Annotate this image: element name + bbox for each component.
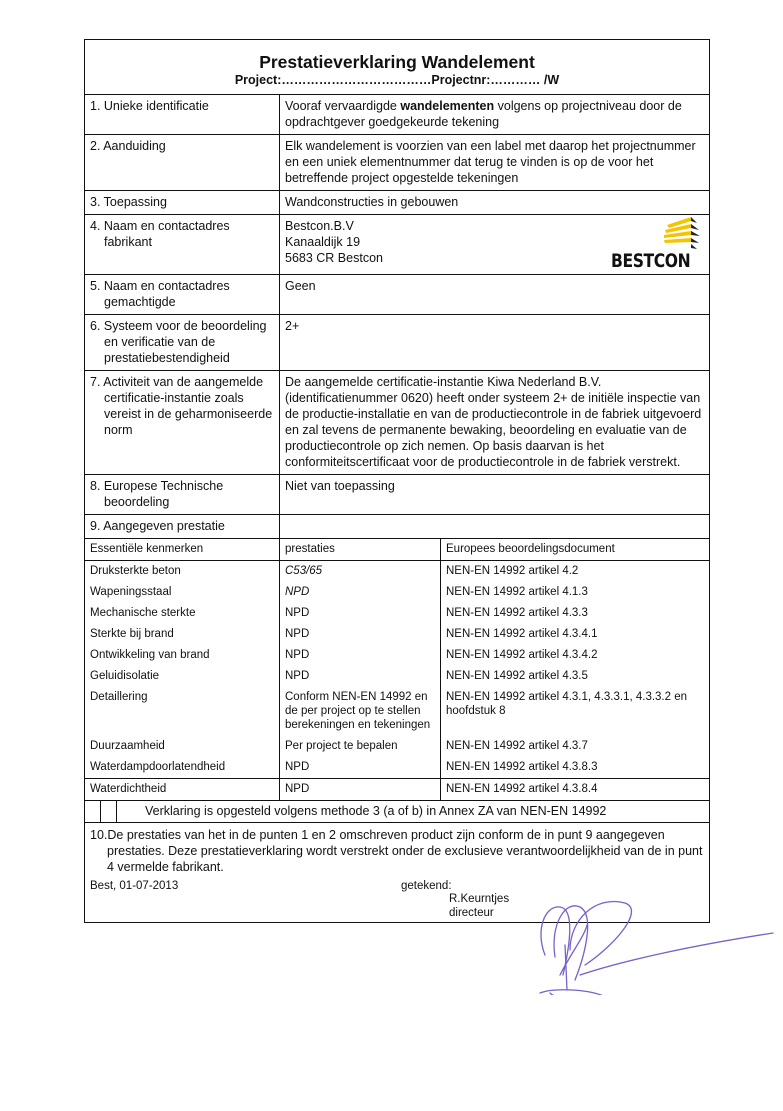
empty-cell [85,801,101,822]
performance-cell: C53/65 [280,561,441,583]
section-value: Elk wandelement is voorzien van een labe… [280,135,710,191]
table-row: Sterkte bij brandNPDNEN-EN 14992 artikel… [85,624,709,645]
document-cell: NEN-EN 14992 artikel 4.2 [441,561,710,583]
table-row: Ontwikkeling van brandNPDNEN-EN 14992 ar… [85,645,709,666]
document-cell: NEN-EN 14992 artikel 4.1.3 [441,582,710,603]
characteristic-cell: Waterdichtheid [85,779,280,801]
section-row: 4. Naam en contactadres fabrikant Bestco… [85,215,709,275]
table-row: WapeningsstaalNPDNEN-EN 14992 artikel 4.… [85,582,709,603]
section-value: Wandconstructies in gebouwen [280,191,710,215]
table-row: WaterdampdoorlatendheidNPDNEN-EN 14992 a… [85,757,709,779]
performance-cell: NPD [280,624,441,645]
signer-name: R.Keurntjes [449,892,509,906]
characteristic-cell: Mechanische sterkte [85,603,280,624]
section-label: 2. Aanduiding [85,135,280,191]
signer-role: directeur [449,906,494,920]
characteristic-cell: Sterkte bij brand [85,624,280,645]
document-title: Prestatieverklaring Wandelement [85,52,709,72]
document-cell: NEN-EN 14992 artikel 4.3.4.1 [441,624,710,645]
performance-header-row: Essentiële kenmerken prestaties Europees… [85,539,709,561]
characteristic-cell: Ontwikkeling van brand [85,645,280,666]
section-label: 9. Aangegeven prestatie [85,515,280,539]
section-label: 4. Naam en contactadres fabrikant [85,215,280,275]
section-label: 3. Toepassing [85,191,280,215]
method-statement: Verklaring is opgesteld volgens methode … [117,801,709,822]
section-value: Geen [280,275,710,315]
signed-label: getekend: [401,879,452,893]
column-header: prestaties [280,539,441,561]
document-cell: NEN-EN 14992 artikel 4.3.7 [441,736,710,757]
table-row: DetailleringConform NEN-EN 14992 en de p… [85,687,709,736]
characteristic-cell: Geluidisolatie [85,666,280,687]
section-value [280,515,710,539]
section-value: Vooraf vervaardigde wandelementen volgen… [280,95,710,135]
section-label: 7. Activiteit van de aangemelde certific… [85,371,280,475]
document-cell: NEN-EN 14992 artikel 4.3.8.4 [441,779,710,801]
declaration-document: Prestatieverklaring Wandelement Project:… [84,39,710,923]
section-row: 3. Toepassing Wandconstructies in gebouw… [85,191,709,215]
document-cell: NEN-EN 14992 artikel 4.3.4.2 [441,645,710,666]
section-value: De aangemelde certificatie-instantie Kiw… [280,371,710,475]
performance-cell: Per project te bepalen [280,736,441,757]
emphasis-text: wandelementen [400,99,494,113]
performance-table: Essentiële kenmerken prestaties Europees… [85,538,709,800]
document-header: Prestatieverklaring Wandelement Project:… [85,40,709,95]
characteristic-cell: Duurzaamheid [85,736,280,757]
table-row: Mechanische sterkteNPDNEN-EN 14992 artik… [85,603,709,624]
place-date: Best, 01-07-2013 [90,879,178,893]
performance-cell: NPD [280,645,441,666]
performance-cell: Conform NEN-EN 14992 en de per project o… [280,687,441,736]
section-label: 6. Systeem voor de beoordeling en verifi… [85,315,280,371]
empty-cell [101,801,117,822]
section-row: 1. Unieke identificatie Vooraf vervaardi… [85,95,709,135]
bestcon-logo: BESTCON [611,217,701,269]
section-value: 2+ [280,315,710,371]
column-header: Essentiële kenmerken [85,539,280,561]
performance-cell: NPD [280,666,441,687]
section-label: 1. Unieke identificatie [85,95,280,135]
characteristic-cell: Detaillering [85,687,280,736]
declaration-text: 10.De prestaties van het in de punten 1 … [90,827,704,875]
characteristic-cell: Wapeningsstaal [85,582,280,603]
performance-cell: NPD [280,757,441,779]
logo-graphic-icon [611,217,701,251]
document-cell: NEN-EN 14992 artikel 4.3.3 [441,603,710,624]
table-row: GeluidisolatieNPDNEN-EN 14992 artikel 4.… [85,666,709,687]
section-label: 5. Naam en contactadres gemachtigde [85,275,280,315]
column-header: Europees beoordelingsdocument [441,539,710,561]
section-label: 8. Europese Technische beoordeling [85,475,280,515]
table-row: DuurzaamheidPer project te bepalenNEN-EN… [85,736,709,757]
project-line: Project:………………………………Projectnr:………… /W [85,72,709,88]
document-cell: NEN-EN 14992 artikel 4.3.8.3 [441,757,710,779]
sections-table: 1. Unieke identificatie Vooraf vervaardi… [85,95,709,538]
document-cell: NEN-EN 14992 artikel 4.3.1, 4.3.3.1, 4.3… [441,687,710,736]
section-row: 7. Activiteit van de aangemelde certific… [85,371,709,475]
performance-cell: NPD [280,582,441,603]
document-cell: NEN-EN 14992 artikel 4.3.5 [441,666,710,687]
performance-cell: NPD [280,603,441,624]
section-row: 8. Europese Technische beoordeling Niet … [85,475,709,515]
characteristic-cell: Druksterkte beton [85,561,280,583]
table-row: WaterdichtheidNPDNEN-EN 14992 artikel 4.… [85,779,709,801]
characteristic-cell: Waterdampdoorlatendheid [85,757,280,779]
section-value: Bestcon.B.V Kanaaldijk 19 5683 CR Bestco… [280,215,710,275]
section-value: Niet van toepassing [280,475,710,515]
section-row: 5. Naam en contactadres gemachtigde Geen [85,275,709,315]
section-row: 6. Systeem voor de beoordeling en verifi… [85,315,709,371]
logo-text: BESTCON [611,253,690,269]
table-row: Druksterkte betonC53/65NEN-EN 14992 arti… [85,561,709,583]
declaration-section: 10.De prestaties van het in de punten 1 … [85,822,709,922]
performance-cell: NPD [280,779,441,801]
section-row: 2. Aanduiding Elk wandelement is voorzie… [85,135,709,191]
section-row: 9. Aangegeven prestatie [85,515,709,539]
method-statement-row: Verklaring is opgesteld volgens methode … [85,800,709,822]
